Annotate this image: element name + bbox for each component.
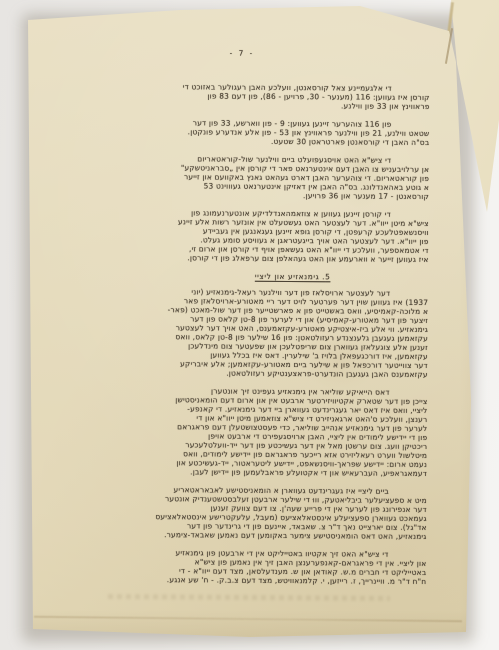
section-heading: 5. גימנאזיע און ליציי bbox=[255, 272, 331, 282]
text-line: איז געווען זייער א ווארעמע און האט געהאל… bbox=[53, 252, 429, 264]
paragraph: די ציש"א האט זיך אקטיוו באטייליקט אין די… bbox=[50, 547, 426, 586]
paragraph: ביים ליציי איז געגרינדעט געווארן א הומאנ… bbox=[51, 484, 427, 541]
text-line: פראווינץ און 33 פון ווילנע. bbox=[54, 99, 430, 111]
paragraph: די אלגעמיינע צאל קורסאנטן, וועלכע האבן ר… bbox=[54, 81, 430, 111]
paragraphs-container: די אלגעמיינע צאל קורסאנטן, וועלכע האבן ר… bbox=[50, 81, 429, 586]
paragraph: די קורסן זיינען געווען א צוזאמהאנדלדיקע … bbox=[53, 207, 429, 264]
text-line: ח"ח ד"ר מ. וויינרייך, ז. רייזען, י. קלמנ… bbox=[50, 574, 426, 586]
photo-backdrop: - 7 - די אלגעמיינע צאל קורסאנטן, וועלכע … bbox=[0, 0, 499, 650]
typewritten-text-block: - 7 - די אלגעמיינע צאל קורסאנטן, וועלכע … bbox=[50, 47, 430, 595]
text-line: גימנאזיע, האט דאס הומאניסטישע צימער באקו… bbox=[51, 529, 427, 541]
paragraph: דאס הייאיקע שוליאר אין גימנאזיע געפינט ז… bbox=[51, 385, 428, 478]
text-line: קורסאנטן - 17 מענער און 36 פרויען. bbox=[53, 189, 429, 201]
page-number: - 7 - bbox=[54, 47, 430, 59]
paragraph: די ציש"א האט אויסגעפועלט ביים ווילנער שו… bbox=[53, 153, 429, 201]
paragraph: פון 116 צוהערער זיינען געווען: 9 - פון ו… bbox=[53, 117, 429, 147]
text-line: בס"ה האבן די קורסאנטן פארטראטן 30 שטעט. bbox=[53, 135, 429, 147]
text-line: דעמאגראפיע, העברעאיש און די אקטועלע פראב… bbox=[51, 466, 427, 478]
text-line: עקזאמענס האבן געגעבן הונדערט-פראצענטיקע … bbox=[52, 367, 428, 379]
paragraph: דער לעצטער ארויסלאז פון דער ווילנער רעאל… bbox=[52, 286, 429, 379]
